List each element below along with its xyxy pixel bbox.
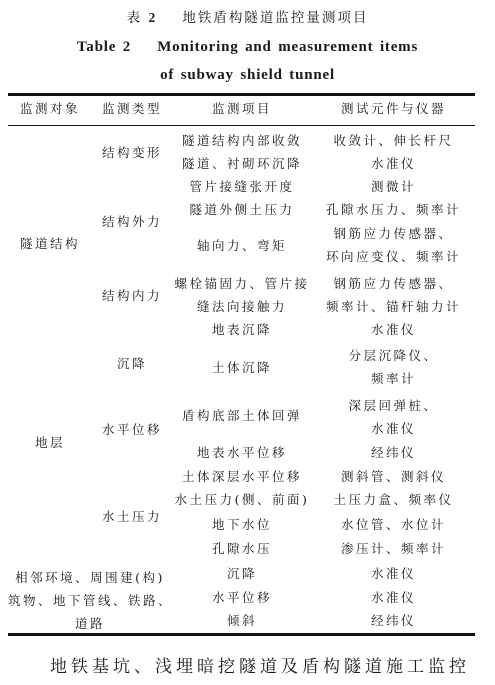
- instrument-line: 水准仪: [312, 417, 475, 440]
- table-row-item: 隧道外侧土压力: [172, 198, 312, 221]
- instrument-line: 钢筋应力传感器、: [312, 222, 475, 245]
- instrument-line: 钢筋应力传感器、: [312, 272, 475, 295]
- table-caption-cn: 表 2 地铁盾构隧道监控量测项目: [0, 6, 495, 26]
- table-row-instrument: 经纬仪: [312, 609, 475, 632]
- table-row-instrument: 收敛计、伸长杆尺: [312, 129, 475, 152]
- type-external-force: 结构外力: [92, 210, 172, 233]
- instrument-line: 频率计、锚杆轴力计: [312, 295, 475, 318]
- table-row-instrument: 水准仪: [312, 152, 475, 175]
- table-row-item: 轴向力、弯矩: [172, 234, 312, 257]
- type-internal-force: 结构内力: [92, 284, 172, 307]
- object-tunnel-structure: 隧道结构: [8, 232, 92, 255]
- header-monitoring-item: 监测项目: [172, 97, 312, 120]
- type-settlement: 沉降: [92, 352, 172, 375]
- table-header-rule: [8, 125, 475, 126]
- instrument-line: 频率计: [312, 367, 475, 390]
- table-row-instrument: 钢筋应力传感器、 环向应变仪、频率计: [312, 222, 475, 268]
- table-row-instrument: 测斜管、测斜仪: [312, 465, 475, 488]
- table-row-item: 隧道结构内部收敛: [172, 129, 312, 152]
- object-line: 筑物、地下管线、铁路、: [8, 589, 172, 612]
- caption-title-cn: 地铁盾构隧道监控量测项目: [182, 10, 368, 26]
- table-row-item: 地表水平位移: [172, 441, 312, 464]
- body-paragraph-text: 地铁基坑、浅埋暗挖隧道及盾构隧道施工监控: [50, 652, 470, 677]
- instrument-line: 深层回弹桩、: [312, 394, 475, 417]
- table-row-instrument: 测微计: [312, 175, 475, 198]
- caption-prefix: 表: [127, 10, 143, 26]
- table-row-instrument: 水准仪: [312, 562, 475, 585]
- table-caption-en-line1: Table 2 Monitoring and measurement items: [0, 39, 495, 56]
- object-stratum: 地层: [8, 431, 92, 454]
- table-row-item: 盾构底部土体回弹: [172, 404, 312, 427]
- object-adjacent-environment: 相邻环境、周围建(构) 筑物、地下管线、铁路、 道路: [8, 566, 172, 635]
- table-row-instrument: 水准仪: [312, 586, 475, 609]
- table-row-instrument: 孔隙水压力、频率计: [312, 198, 475, 221]
- header-monitoring-type: 监测类型: [92, 97, 172, 120]
- table-row-item: 孔隙水压: [172, 537, 312, 560]
- table-top-rule: [8, 93, 475, 96]
- table-row-item: 土体深层水平位移: [172, 465, 312, 488]
- table-row-item: 水土压力(侧、前面): [172, 488, 312, 511]
- table-caption-en-line2: of subway shield tunnel: [0, 67, 495, 84]
- table-row-instrument: 渗压计、频率计: [312, 537, 475, 560]
- object-line: 道路: [8, 612, 172, 635]
- instrument-line: 分层沉降仪、: [312, 344, 475, 367]
- header-monitoring-object: 监测对象: [8, 97, 92, 120]
- type-horizontal-displacement: 水平位移: [92, 418, 172, 441]
- table-row-item: 沉降: [172, 562, 312, 585]
- object-line: 相邻环境、周围建(构): [8, 566, 172, 589]
- type-water-soil-pressure: 水土压力: [92, 505, 172, 528]
- table-row-instrument: 钢筋应力传感器、 频率计、锚杆轴力计: [312, 272, 475, 318]
- table-row-item: 地下水位: [172, 513, 312, 536]
- table-row-instrument: 经纬仪: [312, 441, 475, 464]
- table-row-instrument: 水准仪: [312, 318, 475, 341]
- type-structural-deformation: 结构变形: [92, 141, 172, 164]
- table-row-item: 管片接缝张开度: [172, 175, 312, 198]
- table-row-item: 地表沉降: [172, 318, 312, 341]
- header-instrument: 测试元件与仪器: [312, 97, 475, 120]
- table-row-instrument: 深层回弹桩、 水准仪: [312, 394, 475, 440]
- table-row-instrument: 分层沉降仪、 频率计: [312, 344, 475, 390]
- instrument-line: 环向应变仪、频率计: [312, 245, 475, 268]
- table-row-item: 螺栓锚固力、管片接 缝法向接触力: [172, 272, 312, 318]
- table-row-instrument: 土压力盒、频率仪: [312, 488, 475, 511]
- table-row-item: 隧道、衬砌环沉降: [172, 152, 312, 175]
- table-row-item: 土体沉降: [172, 356, 312, 379]
- caption-number: 2: [148, 10, 157, 25]
- table-row-item: 倾斜: [172, 609, 312, 632]
- table-row-instrument: 水位管、水位计: [312, 513, 475, 536]
- item-line: 缝法向接触力: [172, 295, 312, 318]
- item-line: 螺栓锚固力、管片接: [172, 272, 312, 295]
- table-row-item: 水平位移: [172, 586, 312, 609]
